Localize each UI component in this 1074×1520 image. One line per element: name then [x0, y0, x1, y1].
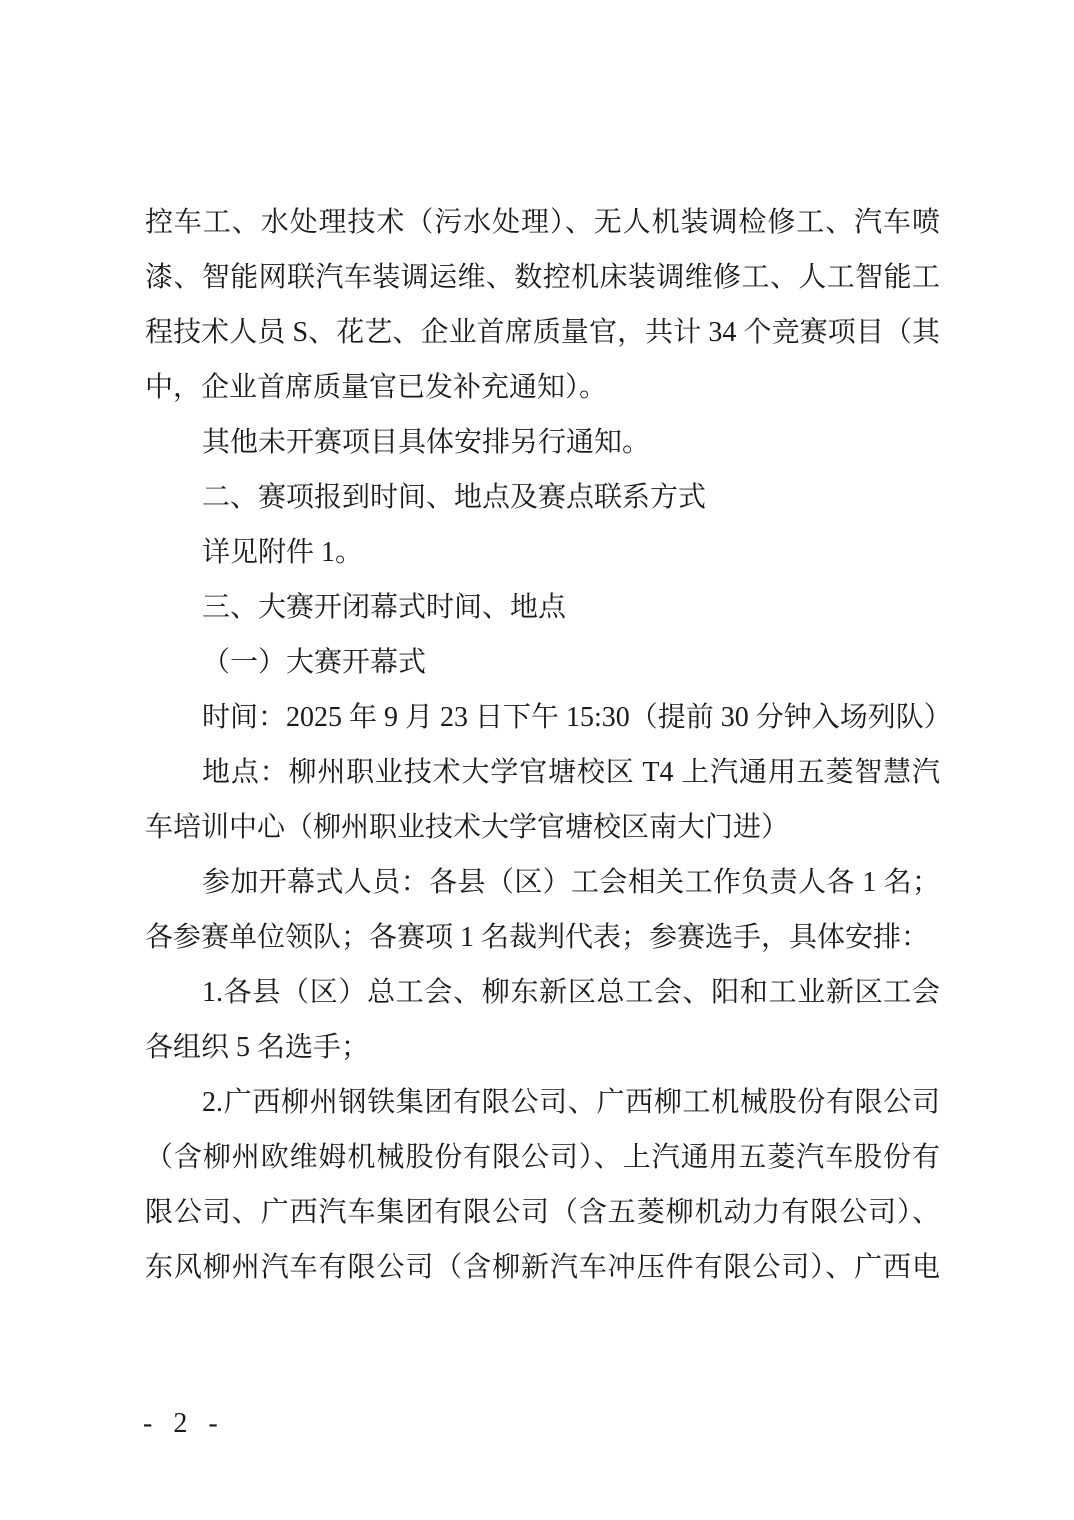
text-line: （含柳州欧维姆机械股份有限公司）、上汽通用五菱汽车股份有: [145, 1130, 940, 1185]
text-line: 参加开幕式人员：各县（区）工会相关工作负责人各 1 名；: [145, 855, 940, 910]
page-footer: - 2 -: [143, 1408, 220, 1440]
text-line: 限公司、广西汽车集团有限公司（含五菱柳机动力有限公司）、: [145, 1185, 940, 1240]
text-line: 详见附件 1。: [145, 525, 940, 580]
text-line: 漆、智能网联汽车装调运维、数控机床装调维修工、人工智能工: [145, 250, 940, 305]
text-line: 中，企业首席质量官已发补充通知）。: [145, 360, 940, 415]
text-line: 1.各县（区）总工会、柳东新区总工会、阳和工业新区工会: [145, 965, 940, 1020]
document-body: 控车工、水处理技术（污水处理）、无人机装调检修工、汽车喷漆、智能网联汽车装调运维…: [145, 195, 940, 1295]
page-number: - 2 -: [143, 1408, 220, 1439]
text-line: 时间：2025 年 9 月 23 日下午 15:30（提前 30 分钟入场列队）: [145, 690, 940, 745]
document-page: 控车工、水处理技术（污水处理）、无人机装调检修工、汽车喷漆、智能网联汽车装调运维…: [0, 0, 1074, 1520]
text-line: 各组织 5 名选手；: [145, 1020, 940, 1075]
text-line: 地点：柳州职业技术大学官塘校区 T4 上汽通用五菱智慧汽: [145, 745, 940, 800]
text-line: 各参赛单位领队；各赛项 1 名裁判代表；参赛选手，具体安排：: [145, 910, 940, 965]
text-line: （一）大赛开幕式: [145, 635, 940, 690]
text-line: 程技术人员 S、花艺、企业首席质量官，共计 34 个竞赛项目（其: [145, 305, 940, 360]
text-line: 东风柳州汽车有限公司（含柳新汽车冲压件有限公司）、广西电: [145, 1240, 940, 1295]
text-line: 其他未开赛项目具体安排另行通知。: [145, 415, 940, 470]
text-line: 控车工、水处理技术（污水处理）、无人机装调检修工、汽车喷: [145, 195, 940, 250]
text-line: 三、大赛开闭幕式时间、地点: [145, 580, 940, 635]
text-line: 2.广西柳州钢铁集团有限公司、广西柳工机械股份有限公司: [145, 1075, 940, 1130]
text-line: 二、赛项报到时间、地点及赛点联系方式: [145, 470, 940, 525]
text-line: 车培训中心（柳州职业技术大学官塘校区南大门进）: [145, 800, 940, 855]
